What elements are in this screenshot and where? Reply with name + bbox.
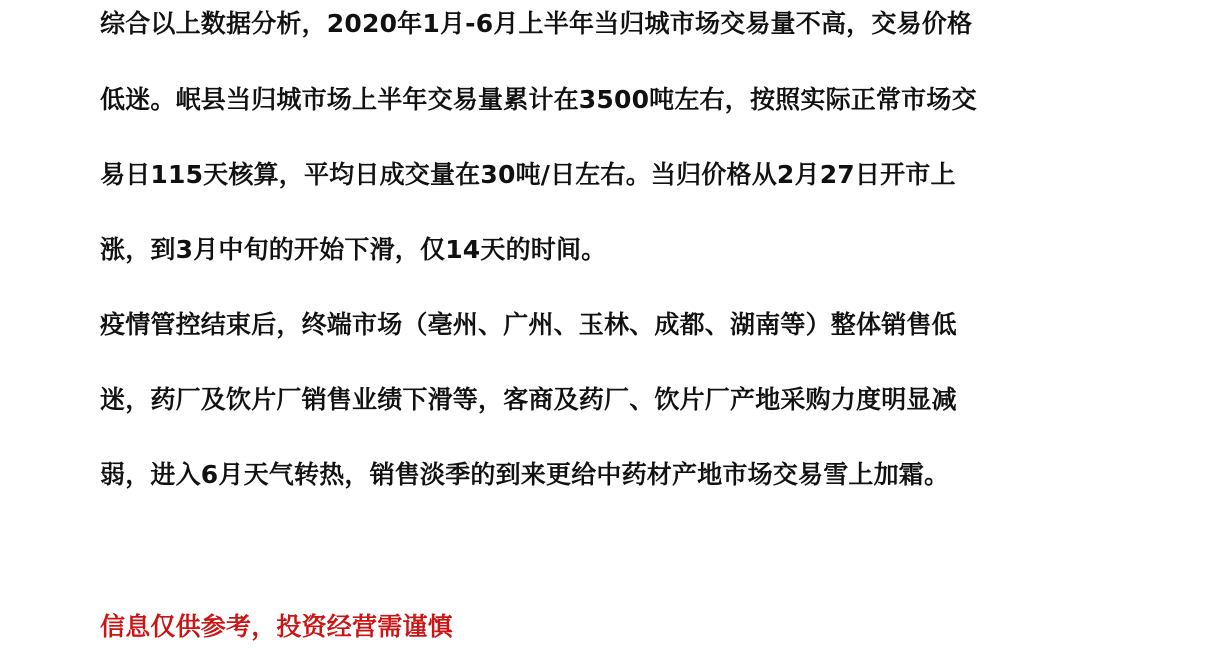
text-line: 易日115天核算，平均日成交量在30吨/日左右。当归价格从2月27日开市上 (100, 160, 956, 190)
disclaimer-text: 信息仅供参考，投资经营需谨慎 (100, 612, 453, 642)
text-line: 迷，药厂及饮片厂销售业绩下滑等，客商及药厂、饮片厂产地采购力度明显减 (100, 385, 957, 415)
text-line: 低迷。岷县当归城市场上半年交易量累计在3500吨左右，按照实际正常市场交 (100, 85, 977, 115)
text-line: 弱，进入6月天气转热，销售淡季的到来更给中药材产地市场交易雪上加霜。 (100, 460, 949, 490)
text-line: 疫情管控结束后，终端市场（亳州、广州、玉林、成都、湖南等）整体销售低 (100, 310, 957, 340)
text-line: 涨，到3月中旬的开始下滑，仅14天的时间。 (100, 235, 606, 265)
text-line: 综合以上数据分析，2020年1月-6月上半年当归城市场交易量不高，交易价格 (100, 9, 972, 39)
